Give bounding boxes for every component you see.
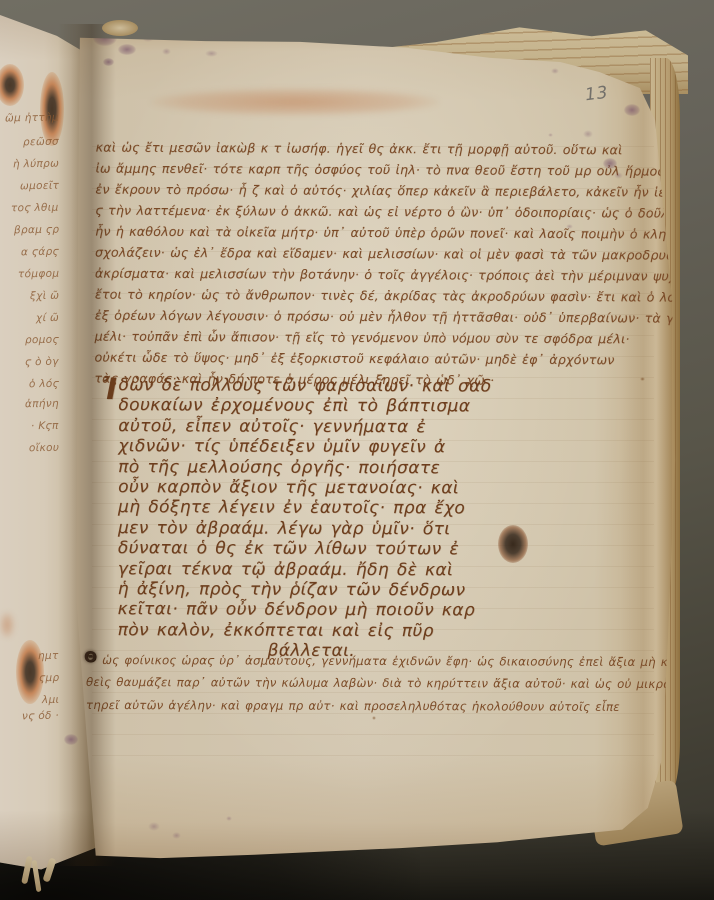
facing-text-fragment: ὴ λύπρω xyxy=(13,158,59,171)
purple-stain xyxy=(64,734,78,745)
text-line: τηρεῖ αὐτῶν ἀγέλην· καὶ φραγμ πρ αὐτ· κα… xyxy=(86,694,658,718)
purple-stain xyxy=(548,133,553,137)
text-line: θεὶς θαυμάζει παρ᾽ αὐτῶν τὴν κώλυμα λαβὼ… xyxy=(86,671,658,695)
text-line: δουκαίων ἐρχομένους ἐπὶ τὸ βάπτισμα xyxy=(118,396,604,418)
text-line: κεῖται· πᾶν οὖν δένδρον μὴ ποιοῦν καρ xyxy=(118,600,604,622)
manuscript-page: 13 καὶ ὡς ἔτι μεσῶν ἰακὼβ κ τ ἰωσήφ. ἡγε… xyxy=(72,26,680,864)
text-line: πὸν καλὸν, ἐκκόπτεται καὶ εἰς πῦρ xyxy=(118,620,604,642)
facing-page-text-fragments: ῶμ ἠττὴμρεῶσσὴ λύπρωωμοεῖττοϛ λθιμβραμ ϛ… xyxy=(0,0,64,900)
facing-text-fragment: ξχὶ ῶ xyxy=(30,290,59,303)
facing-text-fragment: ϛ ὸ ὸγ xyxy=(25,356,59,369)
brown-freckle xyxy=(640,377,645,381)
facing-text-fragment: τοϛ λθιμ xyxy=(11,202,59,215)
facing-text-fragment: χί ῶ xyxy=(36,312,59,324)
purple-stain xyxy=(624,104,640,116)
commentary-bottom-block: ὡς φοίνικος ὡραϛ ὑρ᾽ ἀσμαύτους, γεννήματ… xyxy=(86,649,658,718)
gospel-text-block: δὼν δὲ πολλοὺς τῶν φαρισαίων· καὶ σαδδου… xyxy=(118,375,605,662)
facing-text-fragment: ἀπήνη xyxy=(25,398,59,411)
facing-text-fragment: οἴκου xyxy=(29,442,59,455)
ink-blotch xyxy=(498,525,528,563)
text-line: καὶ ὡς ἔτι μεσῶν ἰακὼβ κ τ ἰωσήφ. ἡγεῖ θ… xyxy=(96,137,652,161)
facing-text-fragment: ωμοεῖτ xyxy=(20,180,59,193)
text-line: χιδνῶν· τίς ὑπέδειξεν ὑμῖν φυγεῖν ἀ xyxy=(118,436,604,458)
text-line: μεν τὸν ἀβραάμ. λέγω γὰρ ὑμῖν· ὅτι xyxy=(118,518,604,540)
facing-text-fragment: ρεῶσσ xyxy=(23,136,59,149)
purple-stain xyxy=(148,822,160,831)
facing-text-fragment: ῶμ ἠττὴμ xyxy=(5,112,59,125)
facing-text-fragment: · Κϛπ xyxy=(31,420,59,432)
text-line: ἐξ ὀρέων λόγων λέγουσιν· ὁ πρόσω· οὐ μὲν… xyxy=(95,305,651,329)
facing-text-fragment: τόμφομ xyxy=(18,268,59,281)
text-line: ἔτοι τὸ κηρίον· ὡς τὸ ἄνθρωπον· τινὲς δέ… xyxy=(95,284,651,308)
text-line: ἐν ἔκρουν τὸ πρόσω· ἦ ζ καὶ ὁ αὐτός· χιλ… xyxy=(95,179,651,203)
folio-number: 13 xyxy=(584,83,610,106)
facing-text-fragment: ρομοϛ xyxy=(25,334,59,347)
text-line: γεῖραι τέκνα τῷ ἀβραάμ. ἤδη δὲ καὶ xyxy=(118,559,604,581)
purple-stain xyxy=(583,130,593,138)
purple-stain xyxy=(172,832,181,839)
facing-text-fragment: βραμ ϛρ xyxy=(14,224,59,237)
purple-stain xyxy=(551,68,559,74)
purple-stain xyxy=(603,158,617,169)
facing-text-fragment: λμι xyxy=(42,694,60,706)
purple-stain xyxy=(162,48,171,55)
text-line: οὖν καρπὸν ἄξιον τῆς μετανοίας· καὶ xyxy=(118,477,604,499)
facing-text-fragment: ὁ λόϛ xyxy=(29,378,59,391)
brown-freckle xyxy=(372,716,376,720)
text-line: ϛ τὴν λαττέμενα· ἐκ ξύλων ὁ ἀκκῶ. καὶ ὡς… xyxy=(95,200,651,224)
binding-tuft xyxy=(102,20,138,36)
text-line: σχολάζειν· ὡς ἐλ᾽ ἔδρα καὶ εἴδαμεν· καὶ … xyxy=(95,242,651,266)
purple-stain xyxy=(566,224,573,229)
facing-text-fragment: νϛ όδ · xyxy=(22,710,59,723)
purple-stain xyxy=(226,816,232,821)
text-line: δύναται ὁ θς ἐκ τῶν λίθων τούτων ἐ xyxy=(118,538,604,560)
facing-text-fragment: α ϛάρϛ xyxy=(21,246,59,259)
facing-text-fragment: ημτ xyxy=(38,650,59,662)
text-line: ἰω ἄμμης πενθεῖ· τότε καρπ τῆς ὀσφύος το… xyxy=(95,158,651,182)
commentary-top-block: καὶ ὡς ἔτι μεσῶν ἰακὼβ κ τ ἰωσήφ. ἡγεῖ θ… xyxy=(94,137,651,392)
text-line: ὡς φοίνικος ὡραϛ ὑρ᾽ ἀσμαύτους, γεννήματ… xyxy=(86,649,658,673)
purple-stain xyxy=(205,50,218,57)
text-line: δὼν δὲ πολλοὺς τῶν φαρισαίων· καὶ σαδ xyxy=(118,375,604,397)
text-line: ἀκρίσματα· καὶ μελισσίων τὴν βοτάνην· ὁ … xyxy=(95,263,651,287)
purple-stain xyxy=(118,44,136,55)
ink-offset-smudge xyxy=(150,88,440,116)
text-line: ἡ ἀξίνη, πρὸς τὴν ῥίζαν τῶν δένδρων xyxy=(118,579,604,601)
facing-text-fragment: ϛμρ xyxy=(38,672,59,684)
text-line: αὐτοῦ, εἶπεν αὐτοῖς· γεννήματα ἐ xyxy=(118,416,604,438)
text-line: μέλι· τοὐπᾶν ἐπὶ ὧν ἄπισον· τῇ εἴς τὸ γε… xyxy=(95,326,651,350)
text-line: μὴ δόξητε λέγειν ἐν ἑαυτοῖς· πρα ἔχο xyxy=(118,498,604,520)
purple-stain xyxy=(614,172,623,179)
text-line: πὸ τῆς μελλούσης ὀργῆς· ποιήσατε xyxy=(118,457,604,479)
text-line: οὐκέτι ὧδε τὸ ὕψος· μηδ᾽ ἐξ ἐξορκιστοῦ κ… xyxy=(94,347,650,371)
purple-stain xyxy=(142,34,154,42)
